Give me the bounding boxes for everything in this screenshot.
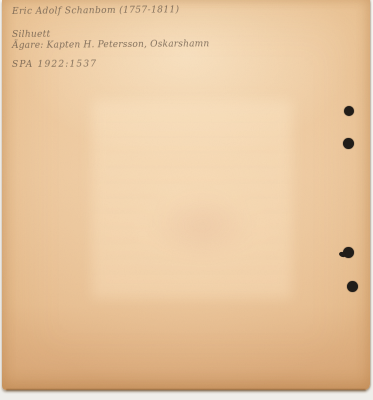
handwritten-archive-number: SPA 1922:1537	[12, 60, 97, 70]
ink-dot	[344, 106, 354, 116]
ink-dot	[347, 281, 358, 292]
ink-dot	[343, 247, 354, 258]
handwritten-medium-line: Silhuett	[12, 30, 51, 40]
handwritten-owner-line: Ägare: Kapten H. Petersson, Oskarshamn	[12, 39, 209, 51]
scan-background: Eric Adolf Schanbom (1757-1811) Silhuett…	[0, 0, 373, 400]
photo-mount-ghost-square	[92, 100, 292, 298]
ink-dot	[343, 138, 354, 149]
card-bottom-edge	[6, 389, 366, 391]
archive-card: Eric Adolf Schanbom (1757-1811) Silhuett…	[2, 0, 370, 390]
handwritten-name-line: Eric Adolf Schanbom (1757-1811)	[12, 5, 180, 17]
